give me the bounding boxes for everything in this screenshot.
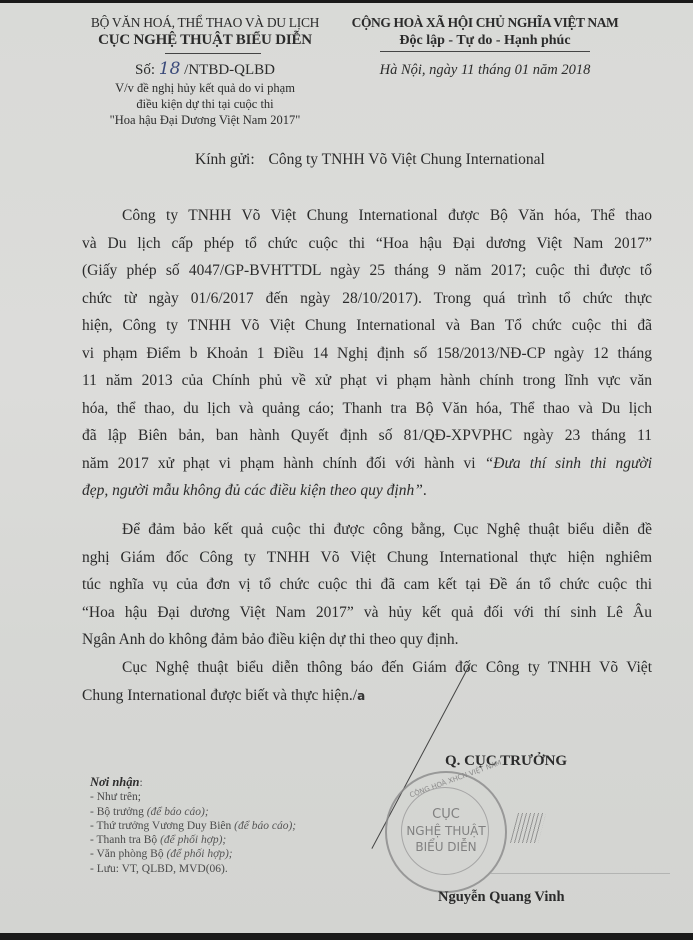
- doc-number-prefix: Số:: [135, 62, 155, 78]
- document-number: Số: 18 /NTBD-QLBD: [70, 59, 340, 79]
- period: .: [423, 482, 427, 499]
- national-motto: Độc lập - Tự do - Hạnh phúc: [340, 33, 630, 49]
- motto-underline: [380, 51, 590, 52]
- body-line: Chung International được biết và thực hi…: [82, 682, 652, 711]
- recipient-item: - Văn phòng Bộ (để phối hợp);: [90, 847, 296, 861]
- body-line: 11 năm 2013 của Chính phủ về xử phạt vi …: [82, 367, 652, 395]
- seal-line: NGHỆ THUẬT: [387, 824, 505, 838]
- recipient-item: - Thứ trưởng Vương Duy Biên (để báo cáo)…: [90, 819, 296, 833]
- signatory-title: Q. CỤC TRƯỞNG: [445, 753, 567, 770]
- body-line: hiện, Công ty TNHH Võ Việt Chung Interna…: [82, 312, 652, 340]
- paragraph-2: Để đảm bảo kết quả cuộc thi được công bằ…: [82, 516, 652, 654]
- initial-mark: a: [357, 689, 365, 703]
- seal-line: BIỂU DIỄN: [387, 840, 505, 854]
- body-line: đẹp, người mẫu không đủ các điều kiện th…: [82, 477, 652, 505]
- recipient-item: - Lưu: VT, QLBD, MVD(06).: [90, 862, 296, 876]
- body-line: đã lập Biên bản, ban hành Quyết định số …: [82, 422, 652, 450]
- recipients-title: Nơi nhận:: [90, 775, 296, 790]
- department-underline: [165, 53, 261, 54]
- subject-line: điều kiện dự thi tại cuộc thi: [70, 97, 340, 112]
- handwritten-signature: [510, 813, 546, 843]
- violation-quote: “Đưa thí sinh thi người: [485, 455, 652, 472]
- signer-name: Nguyễn Quang Vinh: [438, 889, 565, 906]
- addressee: Kính gửi: Công ty TNHH Võ Việt Chung Int…: [195, 151, 545, 169]
- body-line: túc nghĩa vụ của đơn vị tổ chức cuộc thi…: [82, 571, 652, 599]
- violation-quote: đẹp, người mẫu không đủ các điều kiện th…: [82, 482, 423, 499]
- body-line: và Du lịch cấp phép tổ chức cuộc thi “Ho…: [82, 230, 652, 258]
- body-line: “Hoa hậu Đại dương Việt Nam 2017” và hủy…: [82, 599, 652, 627]
- body-line: năm 2017 xử phạt vi phạm hành chính đối …: [82, 450, 652, 478]
- addressee-name: Công ty TNHH Võ Việt Chung International: [269, 151, 545, 168]
- signature-line: [490, 873, 670, 874]
- recipient-item: - Bộ trưởng (để báo cáo);: [90, 805, 296, 819]
- subject-line: V/v đề nghị hủy kết quả do vi phạm: [70, 81, 340, 96]
- seal-line: CỤC: [387, 807, 505, 822]
- doc-number-handwritten: 18: [159, 59, 181, 79]
- body-line: Cục Nghệ thuật biểu diễn thông báo đến G…: [82, 654, 652, 682]
- paragraph-1: Công ty TNHH Võ Việt Chung International…: [82, 202, 652, 505]
- doc-number-suffix: /NTBD-QLBD: [184, 62, 275, 78]
- body-line: chức từ ngày 01/6/2017 đến ngày 28/10/20…: [82, 285, 652, 313]
- body-line: (Giấy phép số 4047/GP-BVHTTDL ngày 25 th…: [82, 257, 652, 285]
- body-line: hóa, thể thao, du lịch và quảng cáo; Tha…: [82, 395, 652, 423]
- department-name: CỤC NGHỆ THUẬT BIỂU DIỄN: [70, 32, 340, 49]
- official-seal: CỘNG HOÀ XHCN VIỆT NAM CỤC NGHỆ THUẬT BI…: [385, 771, 507, 893]
- republic-title: CỘNG HOÀ XÃ HỘI CHỦ NGHĨA VIỆT NAM: [340, 15, 630, 31]
- body-line: Ngân Anh do không đảm bảo điều kiện dự t…: [82, 626, 652, 654]
- recipient-item: - Như trên;: [90, 790, 296, 804]
- addressee-label: Kính gửi:: [195, 151, 255, 168]
- recipients-list: Nơi nhận: - Như trên; - Bộ trưởng (để bá…: [90, 775, 296, 876]
- document-page: BỘ VĂN HOÁ, THỂ THAO VÀ DU LỊCH CỤC NGHỆ…: [0, 3, 693, 933]
- body-line: vi phạm Điểm b Khoản 1 Điều 14 Nghị định…: [82, 340, 652, 368]
- body-line-text: năm 2017 xử phạt vi phạm hành chính đối …: [82, 455, 476, 472]
- place-date: Hà Nội, ngày 11 tháng 01 năm 2018: [340, 62, 630, 79]
- recipient-item: - Thanh tra Bộ (để phối hợp);: [90, 833, 296, 847]
- body-line: Công ty TNHH Võ Việt Chung International…: [82, 202, 652, 230]
- body-line: nghị Giám đốc Công ty TNHH Võ Việt Chung…: [82, 544, 652, 572]
- paragraph-3: Cục Nghệ thuật biểu diễn thông báo đến G…: [82, 654, 652, 710]
- body-line-text: Chung International được biết và thực hi…: [82, 687, 357, 704]
- subject-line: "Hoa hậu Đại Dương Việt Nam 2017": [70, 113, 340, 128]
- body-line: Để đảm bảo kết quả cuộc thi được công bằ…: [82, 516, 652, 544]
- ministry-name: BỘ VĂN HOÁ, THỂ THAO VÀ DU LỊCH: [70, 15, 340, 31]
